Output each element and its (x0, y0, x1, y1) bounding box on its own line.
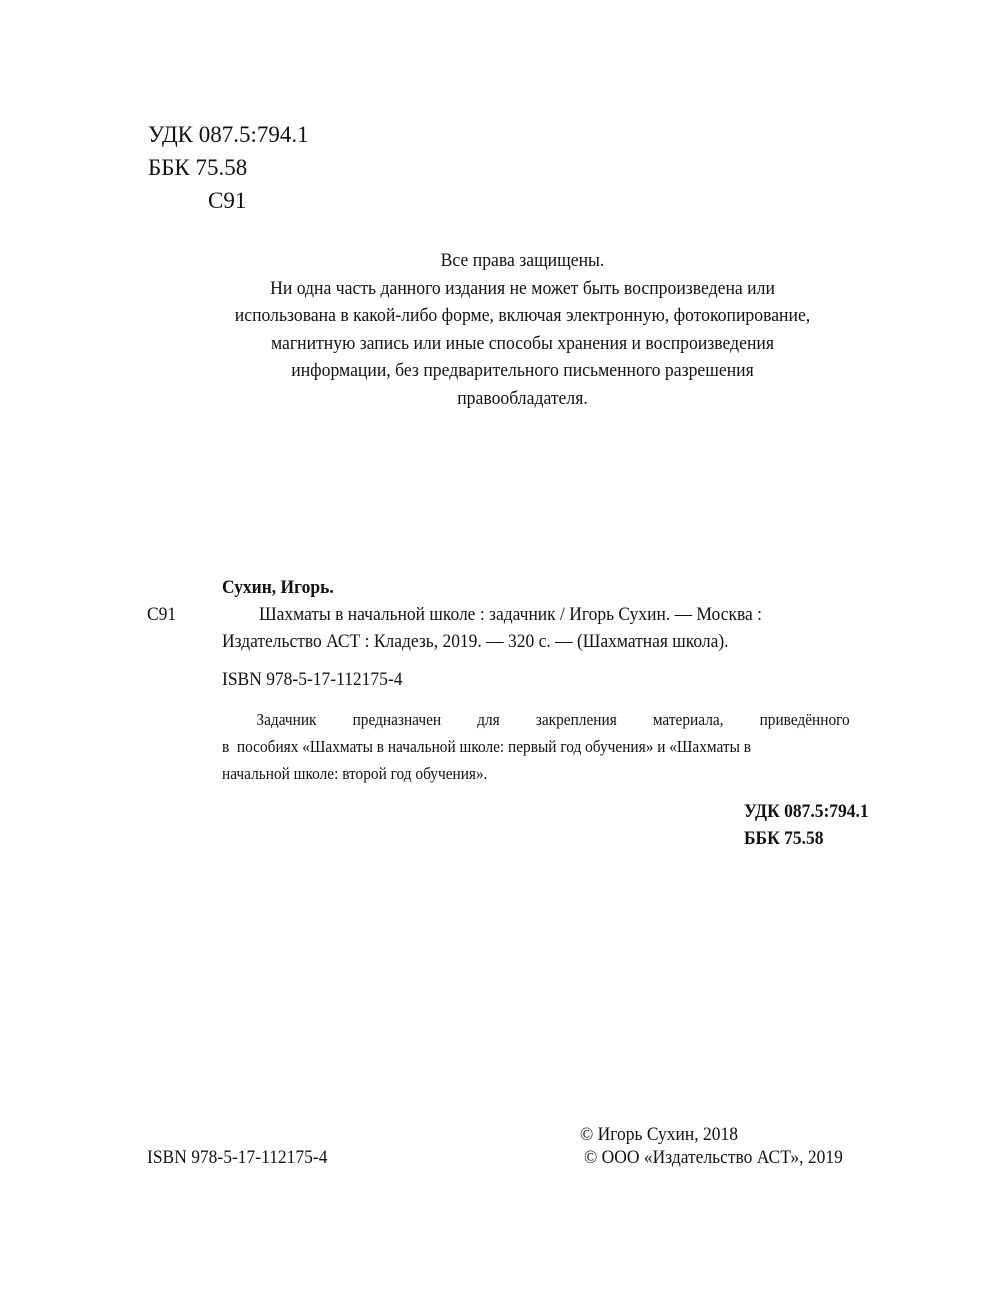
udk-code: УДК 087.5:794.1 (148, 118, 309, 151)
rights-line: магнитную запись или иные способы хранен… (167, 330, 878, 358)
rights-line: информации, без предварительного письмен… (167, 357, 878, 385)
udk-code-bold: УДК 087.5:794.1 (744, 799, 869, 825)
annotation: Задачник предназначен для закрепления ма… (222, 706, 850, 787)
title-line-1: Шахматы в начальной школе : задачник / И… (259, 602, 762, 628)
copyright-publisher: © ООО «Издательство АСТ», 2019 (584, 1145, 843, 1171)
rights-line: использована в какой-либо форме, включая… (167, 302, 878, 330)
rights-line: правообладателя. (167, 385, 878, 413)
title-line-2: Издательство АСТ : Кладезь, 2019. — 320 … (222, 629, 729, 655)
annotation-line-2: в пособиях «Шахматы в начальной школе: п… (222, 733, 850, 760)
rights-notice: Все права защищены. Ни одна часть данног… (167, 247, 878, 412)
bbk-code-bold: ББК 75.58 (744, 826, 823, 852)
annotation-line-3: начальной школе: второй год обучения». (222, 760, 850, 787)
bbk-code: ББК 75.58 (148, 151, 247, 184)
record-isbn: ISBN 978-5-17-112175-4 (222, 667, 402, 693)
rights-line: Ни одна часть данного издания не может б… (167, 275, 878, 303)
author-mark: С91 (208, 184, 246, 217)
author-heading: Сухин, Игорь. (222, 575, 334, 601)
annotation-line-1: Задачник предназначен для закрепления ма… (222, 706, 850, 733)
rights-line: Все права защищены. (167, 247, 878, 275)
footer-isbn: ISBN 978-5-17-112175-4 (147, 1145, 327, 1171)
record-author-mark: С91 (147, 602, 176, 628)
